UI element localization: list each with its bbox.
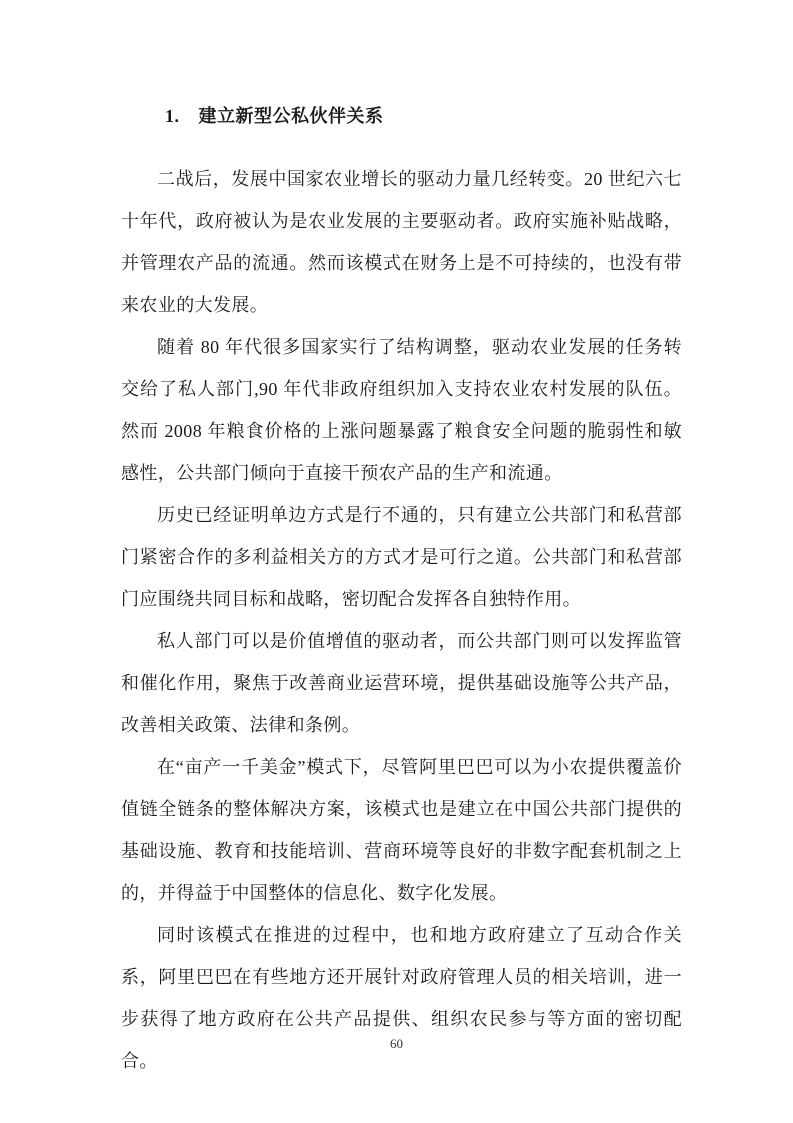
section-number: 1. <box>165 106 180 126</box>
paragraph: 私人部门可以是价值增值的驱动者，而公共部门则可以发挥监管和催化作用，聚焦于改善商… <box>121 620 682 746</box>
paragraph: 历史已经证明单边方式是行不通的，只有建立公共部门和私营部门紧密合作的多利益相关方… <box>121 494 682 620</box>
document-page: 1. 建立新型公私伙伴关系 二战后，发展中国家农业增长的驱动力量几经转变。20 … <box>0 0 793 1123</box>
body-text: 二战后，发展中国家农业增长的驱动力量几经转变。20 世纪六七十年代，政府被认为是… <box>121 158 682 1082</box>
section-heading: 1. 建立新型公私伙伴关系 <box>165 95 682 137</box>
paragraph: 二战后，发展中国家农业增长的驱动力量几经转变。20 世纪六七十年代，政府被认为是… <box>121 158 682 326</box>
paragraph: 同时该模式在推进的过程中，也和地方政府建立了互动合作关系，阿里巴巴在有些地方还开… <box>121 914 682 1082</box>
page-number: 60 <box>0 1036 793 1052</box>
paragraph: 随着 80 年代很多国家实行了结构调整，驱动农业发展的任务转交给了私人部门,90… <box>121 326 682 494</box>
section-heading-text: 建立新型公私伙伴关系 <box>199 106 384 126</box>
paragraph: 在“亩产一千美金”模式下，尽管阿里巴巴可以为小农提供覆盖价值链全链条的整体解决方… <box>121 746 682 914</box>
page-content: 1. 建立新型公私伙伴关系 二战后，发展中国家农业增长的驱动力量几经转变。20 … <box>121 95 682 1082</box>
